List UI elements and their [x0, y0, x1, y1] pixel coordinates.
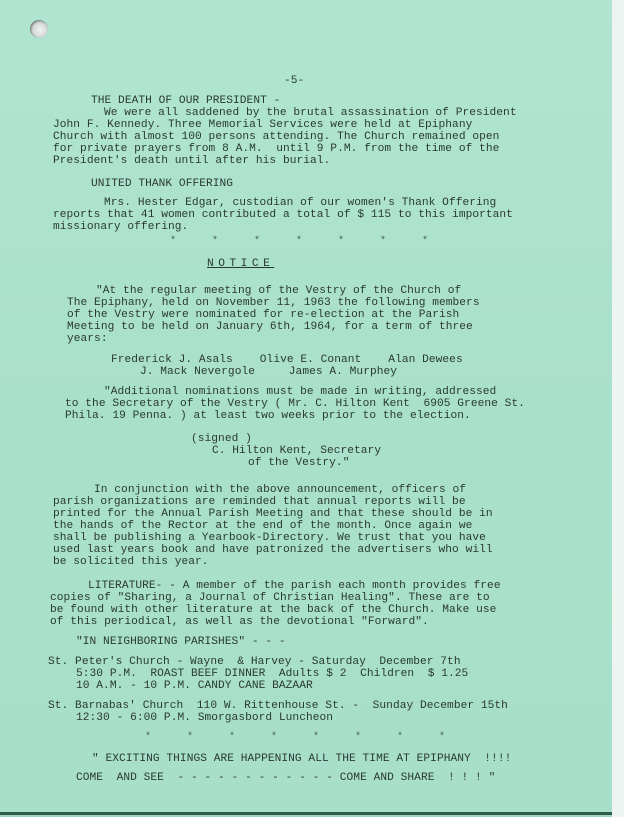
text-line: Mrs. Hester Edgar, custodian of our wome…: [104, 197, 496, 209]
event-detail: 5:30 P.M. ROAST BEEF DINNER Adults $ 2 C…: [76, 668, 468, 680]
text-line: years:: [67, 333, 108, 345]
text-line: be solicited this year.: [53, 556, 209, 568]
signer-title: of the Vestry.": [248, 457, 349, 469]
text-line: Phila. 19 Penna. ) at least two weeks pr…: [65, 410, 471, 422]
punch-hole-icon: [30, 20, 48, 38]
section-heading-president: THE DEATH OF OUR PRESIDENT -: [91, 95, 280, 107]
page-number: -5-: [284, 75, 304, 87]
text-line: We were all saddened by the brutal assas…: [104, 107, 517, 119]
event-detail: 12:30 - 6:00 P.M. Smorgasbord Luncheon: [76, 712, 333, 724]
text-line: John F. Kennedy. Three Memorial Services…: [53, 119, 472, 131]
text-line: the hands of the Rector at the end of th…: [53, 520, 472, 532]
section-heading-neighboring: "IN NEIGHBORING PARISHES" - - -: [76, 636, 286, 648]
divider-asterisks: * * * * * * * *: [145, 732, 445, 743]
text-line: of the Vestry were nominated for re-elec…: [67, 309, 459, 321]
typed-newsletter-page: -5- THE DEATH OF OUR PRESIDENT - We were…: [0, 0, 614, 815]
text-line: parish organizations are reminded that a…: [53, 496, 466, 508]
text-line: of this periodical, as well as the devot…: [50, 616, 429, 628]
divider-asterisks: * * * * * * *: [170, 236, 428, 247]
signer-name: C. Hilton Kent, Secretary: [212, 445, 381, 457]
text-line: "Additional nominations must be made in …: [104, 386, 496, 398]
text-line: be found with other literature at the ba…: [50, 604, 496, 616]
text-line: missionary offering.: [53, 221, 188, 233]
closing-line: " EXCITING THINGS ARE HAPPENING ALL THE …: [92, 753, 511, 765]
text-line: shall be publishing a Yearbook-Directory…: [53, 532, 486, 544]
nominees-row: J. Mack Nevergole James A. Murphey: [140, 366, 397, 378]
text-line: printed for the Annual Parish Meeting an…: [53, 508, 493, 520]
nominees-row: Frederick J. Asals Olive E. Conant Alan …: [111, 354, 463, 366]
text-line: Church with almost 100 persons attending…: [53, 131, 499, 143]
event-detail: 10 A.M. - 10 P.M. CANDY CANE BAZAAR: [76, 680, 313, 692]
text-line: used last years book and have patronized…: [53, 544, 493, 556]
text-line: The Epiphany, held on November 11, 1963 …: [67, 297, 480, 309]
text-line: copies of "Sharing, a Journal of Christi…: [50, 592, 490, 604]
text-line: President's death until after his burial…: [53, 155, 330, 167]
text-line: In conjunction with the above announceme…: [94, 484, 466, 496]
text-line: reports that 41 women contributed a tota…: [53, 209, 513, 221]
section-heading-thank-offering: UNITED THANK OFFERING: [91, 178, 233, 190]
event-line: St. Peter's Church - Wayne & Harvey - Sa…: [48, 656, 461, 668]
literature-line: LITERATURE- - A member of the parish eac…: [88, 580, 501, 592]
page-edge: [612, 0, 624, 817]
event-line: St. Barnabas' Church 110 W. Rittenhouse …: [48, 700, 508, 712]
text-line: "At the regular meeting of the Vestry of…: [96, 285, 461, 297]
closing-line: COME AND SEE - - - - - - - - - - - - COM…: [76, 772, 495, 784]
signed-label: (signed ): [191, 433, 252, 445]
text-line: for private prayers from 8 A.M. until 9 …: [53, 143, 499, 155]
text-line: Meeting to be held on January 6th, 1964,…: [67, 321, 473, 333]
text-line: to the Secretary of the Vestry ( Mr. C. …: [65, 398, 525, 410]
notice-heading: NOTICE: [207, 258, 274, 270]
